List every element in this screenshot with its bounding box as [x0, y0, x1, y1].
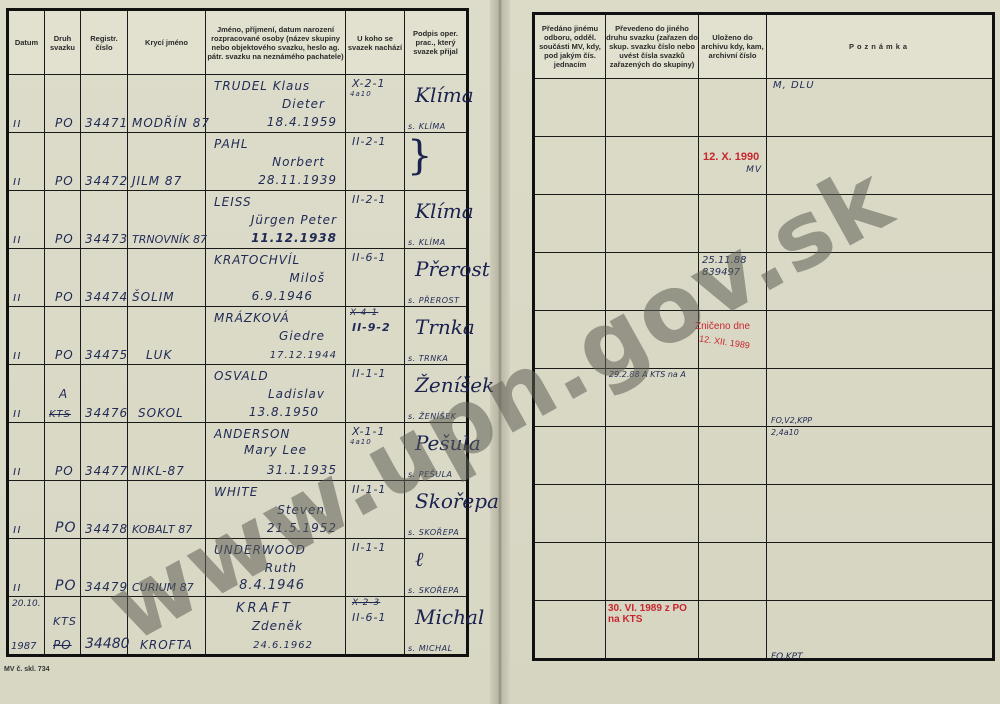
cell-location: II-2-1	[346, 191, 405, 249]
cell-converted	[606, 137, 699, 195]
cell-signature: Pešulas. PEŠULA	[405, 423, 468, 481]
cell-cover-name: CURIUM 87	[128, 539, 206, 597]
cell-archived	[699, 427, 767, 485]
col-header-signature: Podpis oper. prac., který svazek přijal	[405, 10, 468, 75]
cell-note: 2,4a10	[767, 427, 994, 485]
cell-type: PO	[45, 481, 81, 539]
signature-scribble: Skořepa	[415, 489, 499, 513]
cell-reg-number: 34479	[81, 539, 128, 597]
cell-reg-number: 34477	[81, 423, 128, 481]
table-row: 12. X. 1990MV	[534, 137, 994, 195]
cell-date: ıı	[8, 423, 45, 481]
cell-note: FO,V2,KPP	[767, 369, 994, 427]
cell-signature: ℓs. SKOŘEPA	[405, 539, 468, 597]
cell-note: FO,KPT	[767, 601, 994, 660]
cell-converted	[606, 543, 699, 601]
cell-person: ANDERSON Mary Lee 31.1.1935	[206, 423, 346, 481]
cell-location: II-6-1	[346, 249, 405, 307]
cell-signature: Michals. MICHAL	[405, 597, 468, 656]
table-row: ıı PO 34472 JILM 87 PAHL Norbert 28.11.1…	[8, 133, 468, 191]
header-row: Předáno jinému odboru, odděl. součásti M…	[534, 14, 994, 79]
table-row: ıı PO 34473 TRNOVNÍK 87 LEISS Jürgen Pet…	[8, 191, 468, 249]
signature-scribble: Klíma	[415, 83, 474, 107]
cell-person: PAHL Norbert 28.11.1939	[206, 133, 346, 191]
col-header-file-type: Druh svazku	[45, 10, 81, 75]
cell-transferred	[534, 195, 606, 253]
cell-archived	[699, 195, 767, 253]
cell-archived	[699, 369, 767, 427]
col-header-transferred: Předáno jinému odboru, odděl. součásti M…	[534, 14, 606, 79]
cell-transferred	[534, 427, 606, 485]
archive-date-stamp: 12. X. 1990	[703, 151, 759, 163]
registry-ledger-left: Datum Druh svazku Registr. číslo Krycí j…	[6, 8, 469, 657]
cell-cover-name: ŠOLIM	[128, 249, 206, 307]
cell-person: KRAFT Zdeněk 24.6.1962	[206, 597, 346, 656]
signature-scribble: Trnka	[415, 315, 475, 339]
cell-type: PO	[45, 307, 81, 365]
signature-scribble: Michal	[415, 605, 484, 629]
cell-type: PO	[45, 249, 81, 307]
cell-location: II-2-1	[346, 133, 405, 191]
table-row: 25.11.88839497	[534, 253, 994, 311]
cell-location: X-2-3II-6-1	[346, 597, 405, 656]
col-header-date: Datum	[8, 10, 45, 75]
cell-converted: 29.2.88 A KTS na A	[606, 369, 699, 427]
cell-converted	[606, 253, 699, 311]
cell-person: MRÁZKOVÁ Giedre 17.12.1944	[206, 307, 346, 365]
cell-date: ıı	[8, 191, 45, 249]
cell-signature: Trnkas. TRNKA	[405, 307, 468, 365]
table-row: 20.10.1987 KTSPO 34480 KROFTA KRAFT Zden…	[8, 597, 468, 656]
cell-date: ıı	[8, 75, 45, 133]
cell-reg-number: 34476	[81, 365, 128, 423]
cell-date: 20.10.1987	[8, 597, 45, 656]
header-row: Datum Druh svazku Registr. číslo Krycí j…	[8, 10, 468, 75]
signature-scribble: Pešula	[415, 431, 481, 455]
col-header-person: Jméno, příjmení, datum narození rozpraco…	[206, 10, 346, 75]
cell-archived	[699, 79, 767, 137]
table-row: 29.2.88 A KTS na A FO,V2,KPP	[534, 369, 994, 427]
cell-note	[767, 543, 994, 601]
table-row: ıı AKTS 34476 SOKOL OSVALD Ladislav 13.8…	[8, 365, 468, 423]
cell-converted: 30. VI. 1989 z PO na KTS	[606, 601, 699, 660]
cell-location: II-1-1	[346, 539, 405, 597]
table-row: 2,4a10	[534, 427, 994, 485]
cell-reg-number: 34478	[81, 481, 128, 539]
table-row: ıı PO 34471 MODŘÍN 87 TRUDEL Klaus Diete…	[8, 75, 468, 133]
cell-cover-name: KROFTA	[128, 597, 206, 656]
cell-type: PO	[45, 133, 81, 191]
cell-date: ıı	[8, 307, 45, 365]
cell-transferred	[534, 137, 606, 195]
cell-cover-name: TRNOVNÍK 87	[128, 191, 206, 249]
col-header-location: U koho se svazek nachází	[346, 10, 405, 75]
book-gutter	[490, 0, 510, 704]
cell-cover-name: NIKL-87	[128, 423, 206, 481]
cell-signature: Klímas. KLÍMA	[405, 191, 468, 249]
cell-converted	[606, 79, 699, 137]
table-row: Zničeno dne12. XII. 1989	[534, 311, 994, 369]
cell-reg-number: 34474	[81, 249, 128, 307]
col-header-archived: Uloženo do archivu kdy, kam, archivní čí…	[699, 14, 767, 79]
cell-cover-name: MODŘÍN 87	[128, 75, 206, 133]
cell-reg-number: 34471	[81, 75, 128, 133]
cell-person: UNDERWOOD Ruth 8.4.1946	[206, 539, 346, 597]
signature-bracket: }	[407, 133, 432, 179]
cell-signature: Přerosts. PŘEROST	[405, 249, 468, 307]
cell-reg-number: 34472	[81, 133, 128, 191]
cell-converted	[606, 427, 699, 485]
cell-person: TRUDEL Klaus Dieter 18.4.1959	[206, 75, 346, 133]
cell-transferred	[534, 369, 606, 427]
signature-scribble: Klíma	[415, 199, 474, 223]
cell-note	[767, 485, 994, 543]
table-row	[534, 195, 994, 253]
col-header-cover-name: Krycí jméno	[128, 10, 206, 75]
cell-person: KRATOCHVÍL Miloš 6.9.1946	[206, 249, 346, 307]
cell-cover-name: SOKOL	[128, 365, 206, 423]
cell-converted	[606, 311, 699, 369]
cell-archived	[699, 601, 767, 660]
cell-transferred	[534, 543, 606, 601]
cell-note	[767, 137, 994, 195]
cell-cover-name: JILM 87	[128, 133, 206, 191]
cell-transferred	[534, 79, 606, 137]
cell-type: PO	[45, 423, 81, 481]
cell-date: ıı	[8, 481, 45, 539]
cell-archived	[699, 485, 767, 543]
cell-date: ıı	[8, 249, 45, 307]
cell-reg-number: 34473	[81, 191, 128, 249]
cell-location: X-2-14a10	[346, 75, 405, 133]
cell-note	[767, 195, 994, 253]
table-row: M, DLU	[534, 79, 994, 137]
cell-transferred	[534, 311, 606, 369]
cell-note	[767, 311, 994, 369]
cell-reg-number: 34480	[81, 597, 128, 656]
cell-person: WHITE Steven 21.5.1952	[206, 481, 346, 539]
signature-scribble: Přerost	[415, 257, 490, 281]
col-header-converted: Převedeno do jiného druhu svazku (zařaze…	[606, 14, 699, 79]
cell-archived	[699, 543, 767, 601]
cell-archived: 25.11.88839497	[699, 253, 767, 311]
cell-date: ıı	[8, 365, 45, 423]
cell-cover-name: LUK	[128, 307, 206, 365]
cell-signature: Skořepas. SKOŘEPA	[405, 481, 468, 539]
cell-transferred	[534, 485, 606, 543]
cell-location: X-4-1II-9-2	[346, 307, 405, 365]
cell-note	[767, 253, 994, 311]
cell-location: II-1-1	[346, 481, 405, 539]
table-row	[534, 485, 994, 543]
cell-converted	[606, 195, 699, 253]
cell-date: ıı	[8, 133, 45, 191]
form-code: MV č. skl. 734	[4, 666, 50, 673]
cell-location: X-1-14a10	[346, 423, 405, 481]
cell-type: PO	[45, 75, 81, 133]
cell-date: ıı	[8, 539, 45, 597]
cell-type: PO	[45, 539, 81, 597]
cell-cover-name: KOBALT 87	[128, 481, 206, 539]
cell-transferred	[534, 253, 606, 311]
cell-signature: Klímas. KLÍMA	[405, 75, 468, 133]
col-header-note: Poznámka	[767, 14, 994, 79]
table-row: ıı PO 34478 KOBALT 87 WHITE Steven 21.5.…	[8, 481, 468, 539]
cell-transferred	[534, 601, 606, 660]
cell-location: II-1-1	[346, 365, 405, 423]
table-row: ıı PO 34477 NIKL-87 ANDERSON Mary Lee 31…	[8, 423, 468, 481]
cell-type: PO	[45, 191, 81, 249]
registry-ledger-right: Předáno jinému odboru, odděl. součásti M…	[532, 12, 995, 661]
signature-scribble: Ženíšek	[415, 373, 494, 397]
cell-archived: 12. X. 1990MV	[699, 137, 767, 195]
cell-person: LEISS Jürgen Peter 11.12.1938	[206, 191, 346, 249]
cell-signature: Ženíšeks. ŽENÍŠEK	[405, 365, 468, 423]
table-row: ıı PO 34474 ŠOLIM KRATOCHVÍL Miloš 6.9.1…	[8, 249, 468, 307]
cell-type: AKTS	[45, 365, 81, 423]
cell-reg-number: 34475	[81, 307, 128, 365]
col-header-reg-number: Registr. číslo	[81, 10, 128, 75]
signature-scribble: ℓ	[415, 547, 423, 572]
table-row: ıı PO 34479 CURIUM 87 UNDERWOOD Ruth 8.4…	[8, 539, 468, 597]
table-row: 30. VI. 1989 z PO na KTS FO,KPT	[534, 601, 994, 660]
cell-archived: Zničeno dne12. XII. 1989	[699, 311, 767, 369]
destroyed-stamp: Zničeno dne	[695, 321, 750, 332]
cell-signature: }	[405, 133, 468, 191]
conversion-date-stamp: 30. VI. 1989 z PO na KTS	[608, 603, 698, 625]
cell-person: OSVALD Ladislav 13.8.1950	[206, 365, 346, 423]
table-row	[534, 543, 994, 601]
cell-type: KTSPO	[45, 597, 81, 656]
cell-note: M, DLU	[767, 79, 994, 137]
cell-converted	[606, 485, 699, 543]
table-row: ıı PO 34475 LUK MRÁZKOVÁ Giedre 17.12.19…	[8, 307, 468, 365]
